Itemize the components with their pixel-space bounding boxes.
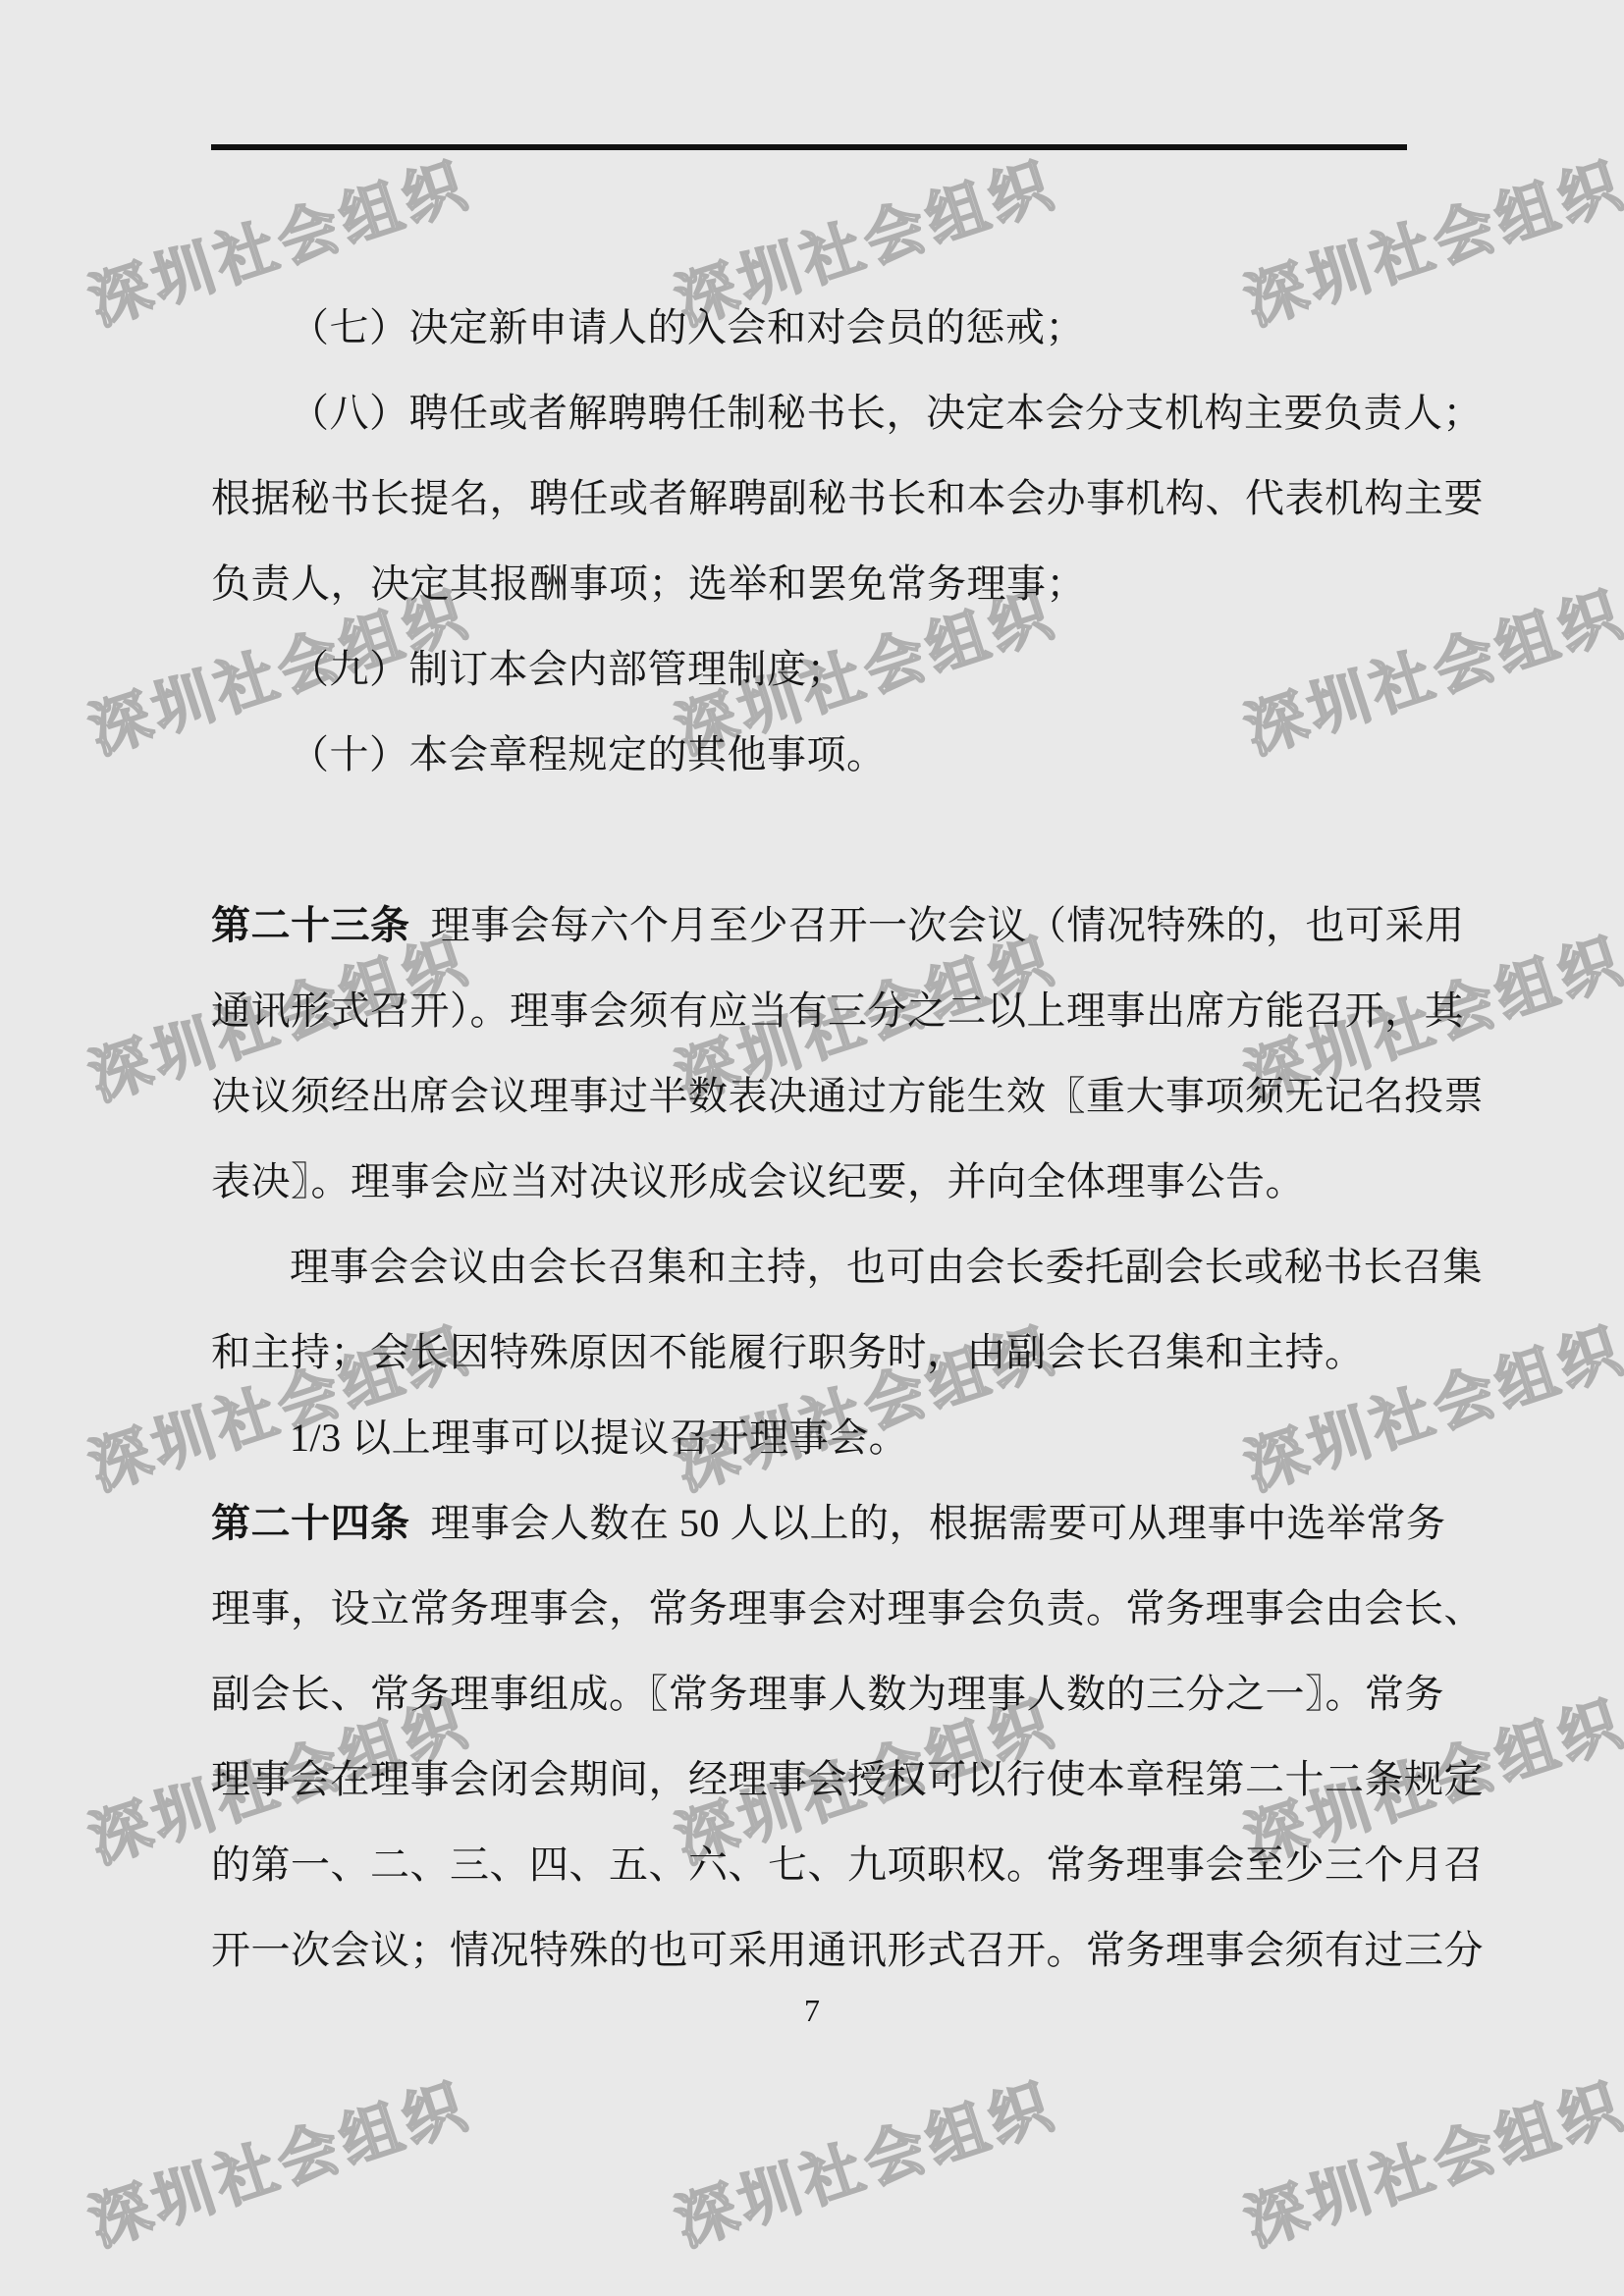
paragraph: （九）制订本会内部管理制度；	[211, 626, 1421, 712]
line-text: （十）本会章程规定的其他事项。	[290, 732, 887, 776]
document-body: （七）决定新申请人的入会和对会员的惩戒；（八）聘任或者解聘聘任制秘书长，决定本会…	[211, 285, 1421, 1993]
line-text: 根据秘书长提名，聘任或者解聘副秘书长和本会办事机构、代表机构主要	[211, 476, 1484, 520]
text-line: 第二十四条 理事会人数在 50 人以上的，根据需要可从理事中选举常务	[211, 1480, 1421, 1566]
paragraph: （十）本会章程规定的其他事项。	[211, 712, 1421, 797]
paragraph: 第二十三条 理事会每六个月至少召开一次会议（情况特殊的，也可采用通讯形式召开）。…	[211, 882, 1421, 1224]
line-text: 的第一、二、三、四、五、六、七、九项职权。常务理事会至少三个月召	[211, 1842, 1484, 1887]
text-line: 副会长、常务理事组成。〖常务理事人数为理事人数的三分之一〗。常务	[211, 1651, 1421, 1736]
text-line: 决议须经出席会议理事过半数表决通过方能生效〖重大事项须无记名投票	[211, 1053, 1421, 1139]
line-text: 开一次会议；情况特殊的也可采用通讯形式召开。常务理事会须有过三分	[211, 1928, 1484, 1972]
paragraph: 第二十四条 理事会人数在 50 人以上的，根据需要可从理事中选举常务理事，设立常…	[211, 1480, 1421, 1993]
line-text: （八）聘任或者解聘聘任制秘书长，决定本会分支机构主要负责人；	[290, 391, 1483, 435]
text-line: （十）本会章程规定的其他事项。	[211, 712, 1421, 797]
paragraph: 1/3 以上理事可以提议召开理事会。	[211, 1395, 1421, 1480]
line-text: 负责人，决定其报酬事项；选举和罢免常务理事；	[211, 561, 1086, 606]
line-text: 理事会在理事会闭会期间，经理事会授权可以行使本章程第二十二条规定	[211, 1757, 1484, 1801]
paragraph: （八）聘任或者解聘聘任制秘书长，决定本会分支机构主要负责人；根据秘书长提名，聘任…	[211, 370, 1421, 626]
text-line: 和主持；会长因特殊原因不能履行职务时，由副会长召集和主持。	[211, 1309, 1421, 1395]
line-text: 理事会人数在 50 人以上的，根据需要可从理事中选举常务	[410, 1501, 1446, 1545]
paragraph	[211, 797, 1421, 882]
line-text: 和主持；会长因特殊原因不能履行职务时，由副会长召集和主持。	[211, 1330, 1365, 1374]
watermark-text: 深圳社会组织	[663, 2057, 1065, 2263]
text-line: 的第一、二、三、四、五、六、七、九项职权。常务理事会至少三个月召	[211, 1822, 1421, 1907]
article-number: 第二十四条	[211, 1501, 410, 1545]
line-text: 1/3 以上理事可以提议召开理事会。	[290, 1415, 908, 1460]
line-text: 通讯形式召开）。理事会须有应当有三分之二以上理事出席方能召开，其	[211, 988, 1464, 1033]
line-text: 理事会会议由会长召集和主持，也可由会长委托副会长或秘书长召集	[290, 1245, 1483, 1289]
paragraph: （七）决定新申请人的入会和对会员的惩戒；	[211, 285, 1421, 370]
line-text: 理事，设立常务理事会，常务理事会对理事会负责。常务理事会由会长、	[211, 1586, 1484, 1630]
paragraph: 理事会会议由会长召集和主持，也可由会长委托副会长或秘书长召集和主持；会长因特殊原…	[211, 1224, 1421, 1395]
line-text: （七）决定新申请人的入会和对会员的惩戒；	[290, 305, 1085, 349]
page-number: 7	[0, 1993, 1624, 2029]
text-line: （七）决定新申请人的入会和对会员的惩戒；	[211, 285, 1421, 370]
line-text: 理事会每六个月至少召开一次会议（情况特殊的，也可采用	[410, 903, 1465, 947]
line-text: 副会长、常务理事组成。〖常务理事人数为理事人数的三分之一〗。常务	[211, 1672, 1444, 1716]
watermark-text: 深圳社会组织	[77, 2057, 479, 2263]
text-line: 理事会在理事会闭会期间，经理事会授权可以行使本章程第二十二条规定	[211, 1736, 1421, 1822]
text-line: （八）聘任或者解聘聘任制秘书长，决定本会分支机构主要负责人；	[211, 370, 1421, 455]
text-line: 第二十三条 理事会每六个月至少召开一次会议（情况特殊的，也可采用	[211, 882, 1421, 968]
text-line: 理事会会议由会长召集和主持，也可由会长委托副会长或秘书长召集	[211, 1224, 1421, 1309]
text-line: 表决〗。理事会应当对决议形成会议纪要，并向全体理事公告。	[211, 1139, 1421, 1224]
document-page: 深圳社会组织深圳社会组织深圳社会组织深圳社会组织深圳社会组织深圳社会组织深圳社会…	[0, 0, 1624, 2296]
watermark-text: 深圳社会组织	[1232, 2057, 1624, 2263]
text-line: 根据秘书长提名，聘任或者解聘副秘书长和本会办事机构、代表机构主要	[211, 455, 1421, 541]
text-line: 1/3 以上理事可以提议召开理事会。	[211, 1395, 1421, 1480]
article-number: 第二十三条	[211, 903, 410, 947]
line-text: （九）制订本会内部管理制度；	[290, 647, 846, 691]
text-line: 通讯形式召开）。理事会须有应当有三分之二以上理事出席方能召开，其	[211, 968, 1421, 1053]
text-line: 开一次会议；情况特殊的也可采用通讯形式召开。常务理事会须有过三分	[211, 1907, 1421, 1993]
text-line: 负责人，决定其报酬事项；选举和罢免常务理事；	[211, 541, 1421, 626]
line-text: 表决〗。理事会应当对决议形成会议纪要，并向全体理事公告。	[211, 1159, 1305, 1203]
text-line: 理事，设立常务理事会，常务理事会对理事会负责。常务理事会由会长、	[211, 1566, 1421, 1651]
text-line	[211, 797, 1421, 882]
text-line: （九）制订本会内部管理制度；	[211, 626, 1421, 712]
header-rule	[211, 144, 1407, 150]
line-text: 决议须经出席会议理事过半数表决通过方能生效〖重大事项须无记名投票	[211, 1074, 1484, 1118]
